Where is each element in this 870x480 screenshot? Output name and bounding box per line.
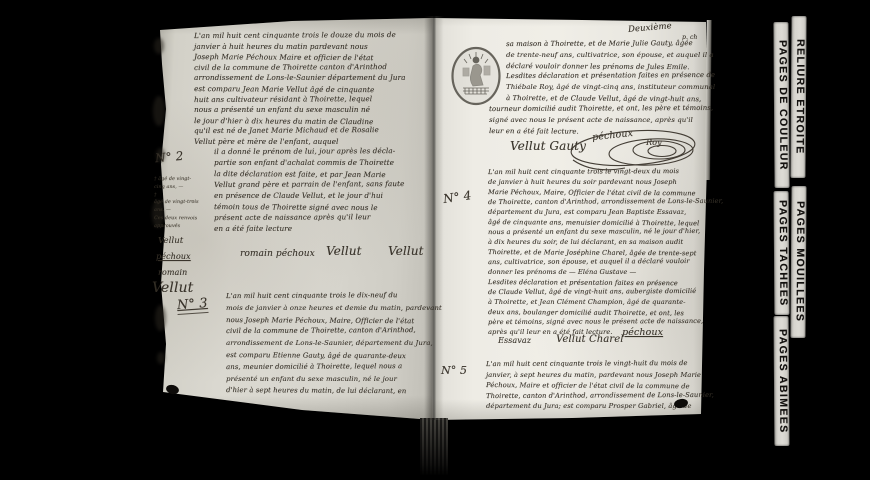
record2-margin-notes: † âgé de vingt-cinq ans, —†âgé de vingt-… (154, 176, 212, 231)
condition-label-pages-de-couleur: PAGES DE COULEUR (773, 22, 789, 188)
signature: Essavaz (498, 336, 531, 345)
signature: Vellut (388, 244, 424, 258)
record4-lines: L'an mil huit cent cinquante trois le vi… (488, 167, 706, 337)
signature: péchoux (622, 327, 663, 338)
paraph-flourish-icon (563, 118, 705, 178)
handwriting-layer: L'an mil huit cent cinquante trois le do… (0, 0, 870, 480)
margin-number-3: N° 3 (176, 296, 208, 315)
signature: Vellut (326, 244, 362, 258)
condition-label-reliure-etroite: RELIURE ETROITE (790, 16, 806, 178)
archive-scan-viewport: L'an mil huit cent cinquante trois le do… (0, 0, 870, 480)
margin-number-2: N° 2 (154, 149, 183, 165)
signature: romain péchoux (240, 249, 315, 259)
margin-signature: Vellut (152, 280, 193, 296)
margin-signature: Vellut (158, 236, 183, 246)
margin-signature: romain (158, 268, 187, 277)
condition-label-pages-abimees: PAGES ABIMEES (774, 316, 790, 446)
record2-opening-lines: L'an mil huit cent cinquante trois le do… (194, 31, 434, 148)
condition-label-pages-mouillees: PAGES MOUILLEES (790, 186, 806, 338)
notarial-seal-icon (451, 46, 501, 106)
record3-continued-lines: sa maison à Thoirette, et de Marie Julie… (506, 39, 704, 104)
margin-number-4: N° 4 (442, 188, 472, 206)
record3-lines: L'an mil huit cent cinquante trois le di… (226, 291, 428, 397)
condition-label-pages-tachees: PAGES TACHEES (774, 191, 790, 315)
margin-number-5: N° 5 (441, 364, 467, 377)
record2-closing-lines: il a donné le prénom de lui, jour après … (214, 146, 432, 234)
signature: Vellut Charel (556, 334, 624, 345)
margin-signature: péchoux (156, 252, 191, 261)
corner-annotation: Deuxième (628, 21, 672, 35)
